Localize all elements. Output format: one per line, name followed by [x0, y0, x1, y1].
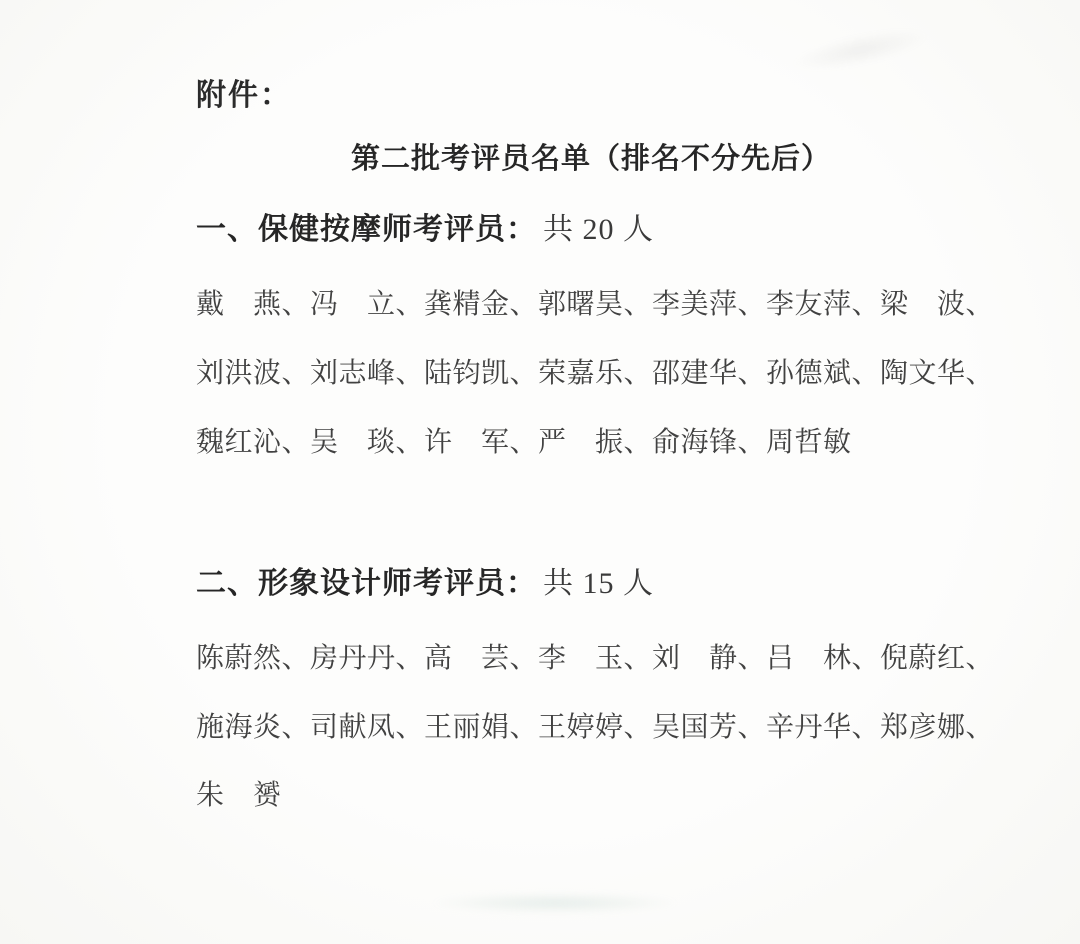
document-title: 第二批考评员名单（排名不分先后）: [196, 136, 986, 177]
scanned-document-page: 附件： 第二批考评员名单（排名不分先后） 一、保健按摩师考评员：共 20 人 戴…: [0, 0, 1080, 944]
scan-artifact-smudge: [788, 21, 931, 79]
section-1-heading-text: 一、保健按摩师考评员：: [196, 213, 537, 246]
section-1-count: 共 20 人: [543, 213, 654, 246]
section-2-heading-text: 二、形象设计师考评员：: [196, 567, 537, 600]
section-2-names-line-3: 朱 赟: [196, 773, 988, 813]
section-2-heading: 二、形象设计师考评员：共 15 人: [196, 558, 654, 602]
scan-artifact-smudge: [430, 892, 680, 914]
section-2-count: 共 15 人: [543, 567, 654, 600]
attachment-label: 附件：: [196, 70, 292, 114]
section-1-names-line-1: 戴 燕、冯 立、龚精金、郭曙昊、李美萍、李友萍、梁 波、: [196, 282, 988, 322]
section-2-names-line-1: 陈蔚然、房丹丹、高 芸、李 玉、刘 静、吕 林、倪蔚红、: [196, 636, 988, 676]
section-2-names-line-2: 施海炎、司献凤、王丽娟、王婷婷、吴国芳、辛丹华、郑彦娜、: [196, 705, 988, 745]
section-1-names-line-2: 刘洪波、刘志峰、陆钧凯、荣嘉乐、邵建华、孙德斌、陶文华、: [196, 351, 988, 391]
section-1-names-line-3: 魏红沁、吴 琰、许 军、严 振、俞海锋、周哲敏: [196, 420, 988, 460]
section-1-heading: 一、保健按摩师考评员：共 20 人: [196, 204, 654, 248]
